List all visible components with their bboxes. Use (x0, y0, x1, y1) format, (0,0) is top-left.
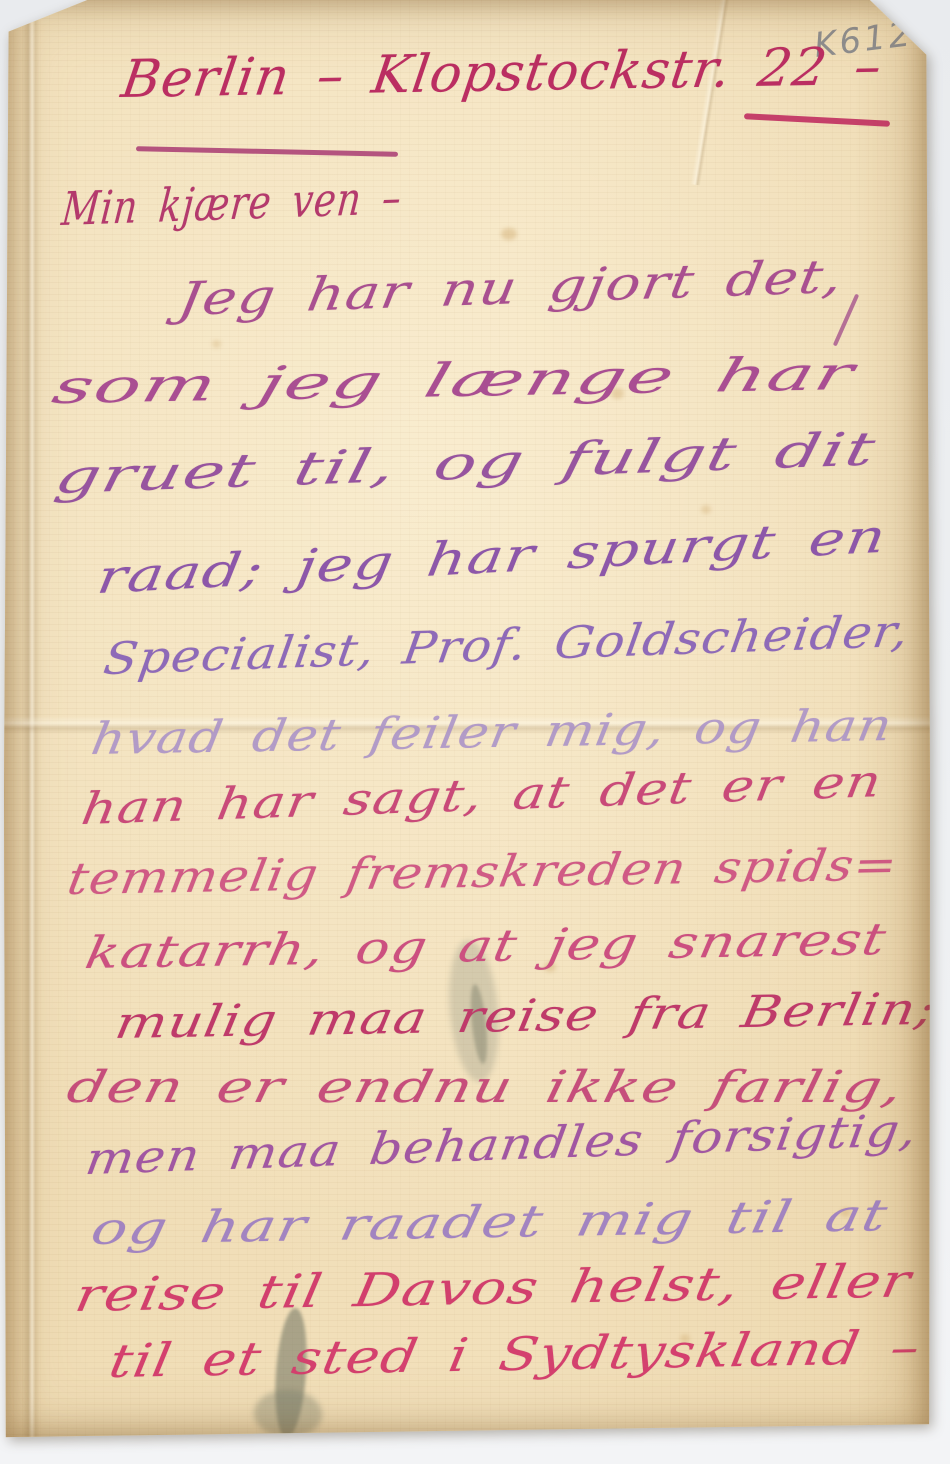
body-line-11: den er endnu ikke farlig, (63, 1062, 909, 1113)
body-line-14: reise til Davos helst, eller (71, 1253, 916, 1322)
heading-line: Berlin – Klopstockstr. 22 – (118, 37, 886, 110)
body-line-06: hvad det feiler mig, og han (88, 700, 897, 765)
salutation-line: Min kjære ven – (59, 170, 404, 236)
body-line-01: Jeg har nu gjort det, (175, 249, 848, 327)
paper-wrap: K612 Berlin – Klopstockstr. 22 –Min kjær… (0, 0, 950, 1464)
scan-background: K612 Berlin – Klopstockstr. 22 –Min kjær… (0, 0, 950, 1464)
body-line-10: mulig maa reise fra Berlin; (111, 984, 940, 1049)
body-line-04: raad; jeg har spurgt en (94, 508, 891, 604)
body-line-13: og har raadet mig til at (87, 1190, 892, 1255)
body-line-12: men maa behandles forsigtig, (82, 1105, 921, 1185)
body-line-08: temmelig fremskreden spids= (64, 839, 902, 905)
body-line-07: han har sagt, at det er en (78, 756, 886, 835)
body-line-09: katarrh, og at jeg snarest (81, 914, 890, 979)
handwriting-layer: Berlin – Klopstockstr. 22 –Min kjære ven… (4, 0, 930, 1440)
letter-paper: K612 Berlin – Klopstockstr. 22 –Min kjær… (4, 0, 930, 1440)
body-line-15: til et sted i Sydtyskland – (105, 1320, 925, 1388)
body-line-02: som jeg længe har (47, 346, 860, 414)
body-line-05: Specialist, Prof. Goldscheider, (100, 606, 912, 685)
body-line-03: gruet til, og fulgt dit (50, 421, 881, 504)
